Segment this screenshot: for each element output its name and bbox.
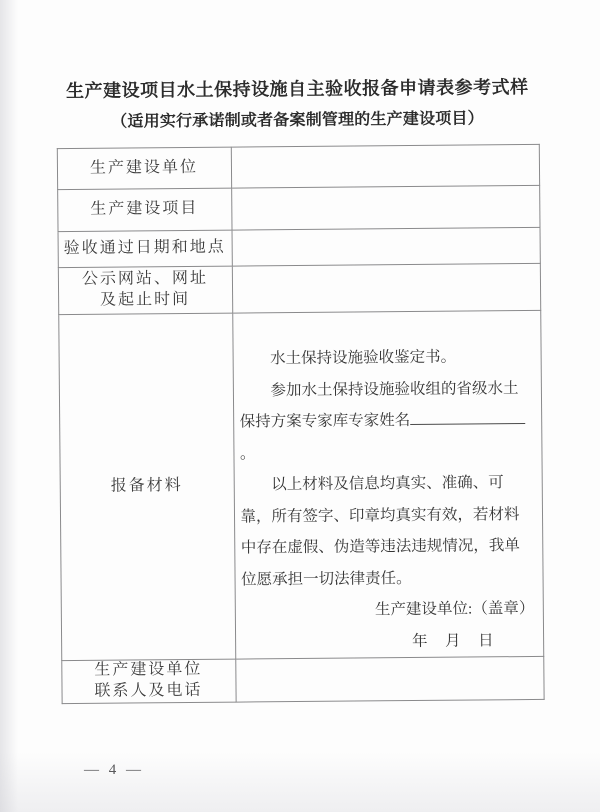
table-row: 公示网站、网址 及起止时间 (58, 263, 540, 314)
scanned-content: 生产建设项目水土保持设施自主验收报备申请表参考式样 （适用实行承诺制或者备案制管… (0, 0, 600, 704)
materials-paragraph-certificate: 水土保持设施验收鉴定书。 (239, 341, 532, 375)
materials-paragraph-experts: 参加水土保持设施验收组的省级水土保持方案专家库专家姓名。 (239, 372, 533, 469)
row-value-construction-project (231, 185, 539, 230)
row-value-acceptance-date-place (232, 227, 540, 266)
date-line: 年 月 日 (241, 624, 534, 658)
signature-seal-line: 生产建设单位:（盖章） (241, 593, 534, 627)
materials-paragraph-declaration: 以上材料及信息均真实、准确、可靠，所有签字、印章均真实有效，若材料中存在虚假、伪… (240, 467, 534, 596)
row-value-publicity-website (232, 263, 540, 313)
filing-materials-content: 水土保持设施验收鉴定书。 参加水土保持设施验收组的省级水土保持方案专家库专家姓名… (232, 310, 543, 659)
row-label-construction-project: 生产建设项目 (57, 188, 231, 232)
scan-bottom-edge-shadow (0, 752, 600, 812)
row-value-contact-person-phone (235, 656, 543, 701)
table-row: 生产建设单位 联系人及电话 (61, 656, 543, 703)
row-label-publicity-website: 公示网站、网址 及起止时间 (58, 266, 232, 315)
page-subtitle: （适用实行承诺制或者备案制管理的生产建设项目） (0, 106, 598, 135)
table-row: 报备材料 水土保持设施验收鉴定书。 参加水土保持设施验收组的省级水土保持方案专家… (58, 310, 543, 660)
row-label-filing-materials: 报备材料 (58, 313, 235, 661)
experts-period: 。 (240, 445, 256, 462)
table-row: 生产建设项目 (57, 185, 539, 231)
page-title: 生产建设项目水土保持设施自主验收报备申请表参考式样 (0, 73, 597, 104)
blank-underline (410, 410, 525, 425)
row-value-construction-unit (231, 144, 539, 188)
row-label-construction-unit: 生产建设单位 (57, 147, 231, 190)
table-row: 生产建设单位 (57, 144, 539, 189)
table-row: 验收通过日期和地点 (58, 227, 540, 267)
row-label-contact-person-phone: 生产建设单位 联系人及电话 (61, 659, 235, 703)
row-label-acceptance-date-place: 验收通过日期和地点 (58, 230, 232, 268)
application-form-table: 生产建设单位 生产建设项目 验收通过日期和地点 公示网站、网址 及起止时间 报备… (56, 144, 544, 704)
document-page: 生产建设项目水土保持设施自主验收报备申请表参考式样 （适用实行承诺制或者备案制管… (0, 0, 600, 812)
page-number: — 4 — (84, 762, 144, 779)
